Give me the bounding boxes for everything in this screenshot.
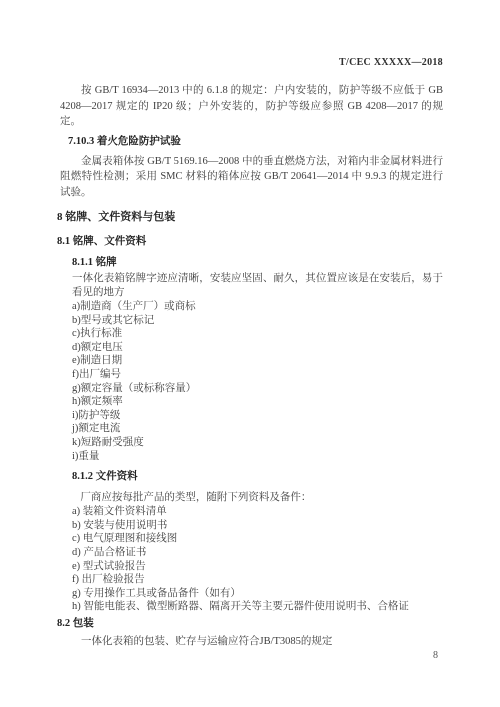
list-item: d)额定电压 xyxy=(72,341,443,355)
page-content: T/CEC XXXXX—2018 按 GB/T 16934—2013 中的 6.… xyxy=(0,0,500,649)
heading-8-1-1: 8.1.1 铭牌 xyxy=(72,255,443,270)
document-page: T/CEC XXXXX—2018 按 GB/T 16934—2013 中的 6.… xyxy=(0,0,500,707)
list-item: a)制造商（生产厂）或商标 xyxy=(72,300,443,314)
heading-8-1-2: 8.1.2 文件资料 xyxy=(72,469,443,484)
heading-8-2: 8.2 包装 xyxy=(57,616,443,631)
list-item: h)额定频率 xyxy=(72,395,443,409)
list-item: h) 智能电能表、微型断路器、隔离开关等主要元器件使用说明书、合格证 xyxy=(72,600,443,614)
list-item: b) 安装与使用说明书 xyxy=(72,519,443,533)
paragraph-documents-intro: 厂商应按每批产品的类型，随附下列资料及备件： xyxy=(72,491,443,505)
paragraph-fire-hazard-test: 金属表箱体按 GB/T 5169.16—2008 中的垂直燃烧方法，对箱内非金属… xyxy=(60,154,443,201)
list-item: f) 出厂检验报告 xyxy=(72,573,443,587)
paragraph-packaging: 一体化表箱的包装、贮存与运输应符合JB/T3085的规定 xyxy=(60,635,443,649)
list-item: k)短路耐受强度 xyxy=(72,436,443,450)
list-item: e) 型式试验报告 xyxy=(72,560,443,574)
document-items-list: a) 装箱文件资料清单 b) 安装与使用说明书 c) 电气原理图和接线图 d) … xyxy=(72,505,443,614)
list-item: f)出厂编号 xyxy=(72,368,443,382)
list-item: b)型号或其它标记 xyxy=(72,314,443,328)
list-item: c) 电气原理图和接线图 xyxy=(72,532,443,546)
list-item: j)额定电流 xyxy=(72,422,443,436)
list-item: c)执行标准 xyxy=(72,327,443,341)
heading-8-1: 8.1 铭牌、文件资料 xyxy=(57,234,443,249)
list-item: a) 装箱文件资料清单 xyxy=(72,505,443,519)
page-number: 8 xyxy=(433,650,438,661)
paragraph-protection-grade: 按 GB/T 16934—2013 中的 6.1.8 的规定：户内安装的，防护等… xyxy=(60,83,443,130)
list-item: e)制造日期 xyxy=(72,354,443,368)
list-item: g)额定容量（或标称容量） xyxy=(72,382,443,396)
heading-7-10-3: 7.10.3 着火危险防护试验 xyxy=(68,134,443,149)
nameplate-items-list: a)制造商（生产厂）或商标 b)型号或其它标记 c)执行标准 d)额定电压 e)… xyxy=(72,300,443,463)
list-item: i)重量 xyxy=(72,450,443,464)
page-header: T/CEC XXXXX—2018 xyxy=(57,56,443,70)
paragraph-nameplate-intro: 一体化表箱铭牌字迹应清晰，安装应坚固、耐久，其位置应该是在安装后，易于看见的地方 xyxy=(72,272,443,300)
heading-8: 8 铭牌、文件资料与包装 xyxy=(57,209,443,225)
standard-number: T/CEC XXXXX—2018 xyxy=(339,57,443,68)
list-item: i)防护等级 xyxy=(72,409,443,423)
list-item: g) 专用操作工具或备品备件（如有） xyxy=(72,587,443,601)
list-item: d) 产品合格证书 xyxy=(72,546,443,560)
